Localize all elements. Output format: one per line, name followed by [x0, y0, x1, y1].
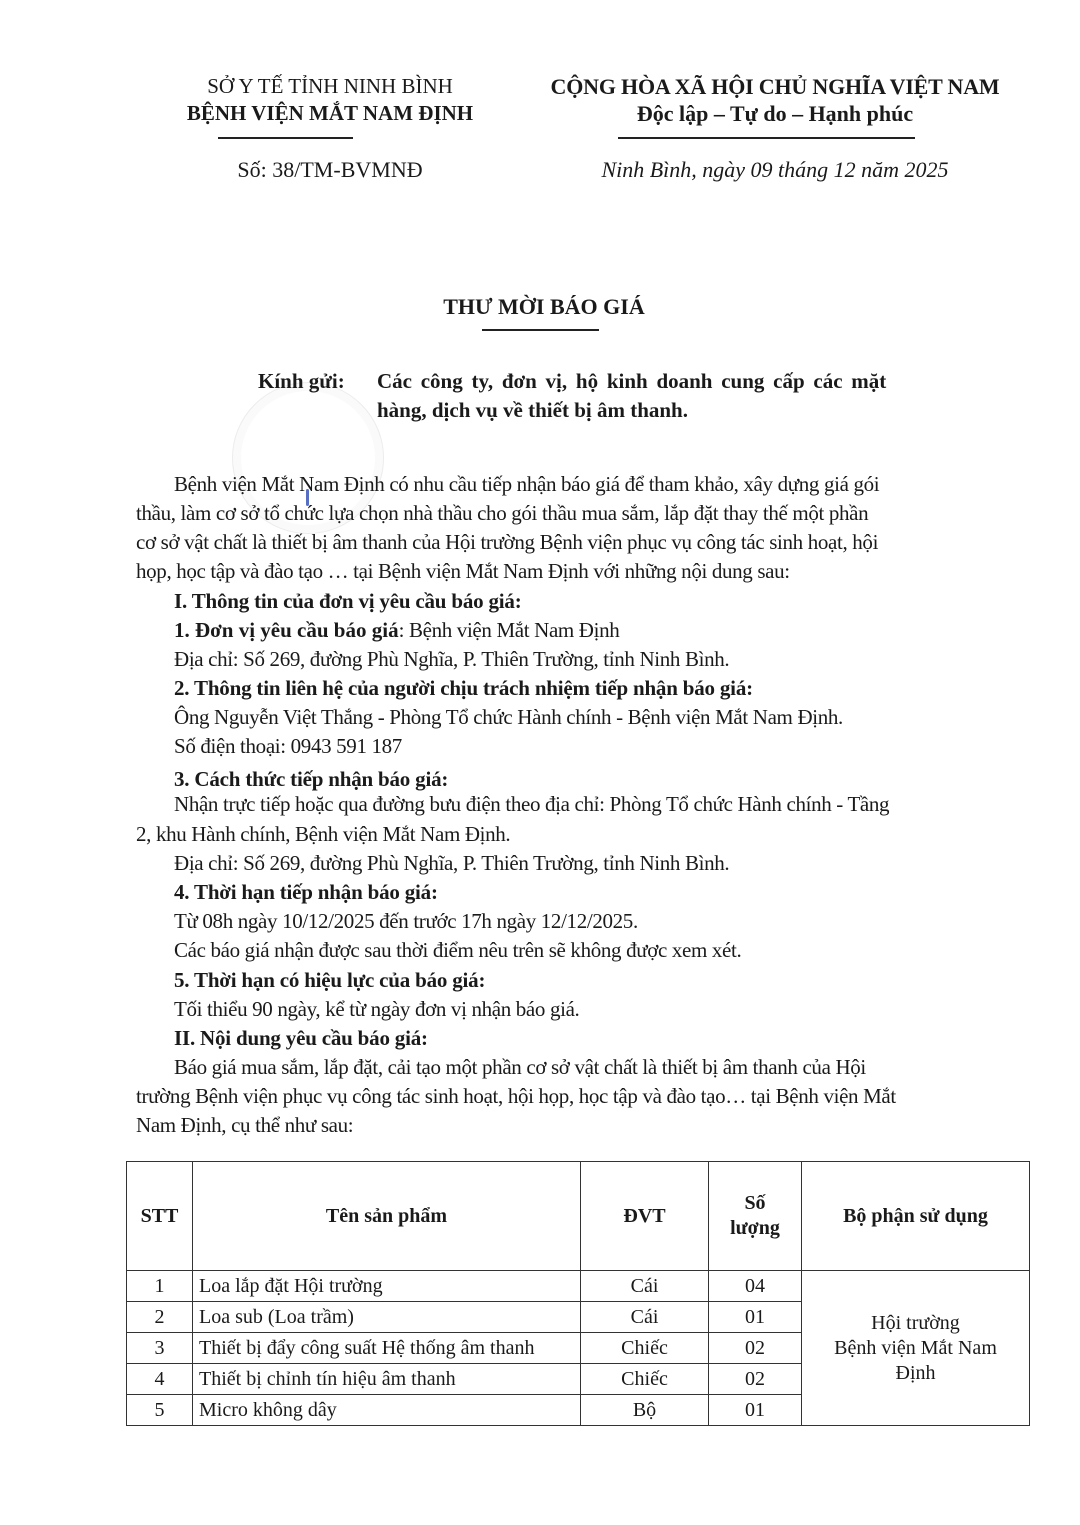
deadline-heading: 4. Thời hạn tiếp nhận báo giá: — [174, 880, 438, 905]
validity-heading: 5. Thời hạn có hiệu lực của báo giá: — [174, 968, 485, 993]
section-2-line-2: trường Bệnh viện phục vụ công tác sinh h… — [136, 1084, 896, 1109]
unit-address: Địa chỉ: Số 269, đường Phù Nghĩa, P. Thi… — [174, 647, 729, 672]
department-line-2: Bệnh viện Mắt Nam — [808, 1336, 1023, 1361]
contact-phone: Số điện thoại: 0943 591 187 — [174, 734, 402, 759]
recipient-line-1: Các công ty, đơn vị, hộ kinh doanh cung … — [377, 369, 886, 394]
table-header-row: STT Tên sản phẩm ĐVT Số lượng Bộ phận sử… — [127, 1162, 1030, 1271]
intro-line-1: Bệnh viện Mắt Nam Định có nhu cầu tiếp n… — [174, 472, 879, 497]
receipt-method-line-1: Nhận trực tiếp hoặc qua đường bưu điện t… — [174, 792, 889, 817]
header-unit: ĐVT — [581, 1162, 709, 1271]
header-quantity-line-1: Số — [715, 1191, 795, 1216]
receipt-address: Địa chỉ: Số 269, đường Phù Nghĩa, P. Thi… — [174, 851, 729, 876]
cell-department: Hội trường Bệnh viện Mắt Nam Định — [802, 1271, 1030, 1426]
section-1-heading: I. Thông tin của đơn vị yêu cầu báo giá: — [174, 589, 522, 614]
cell-unit: Bộ — [581, 1395, 709, 1426]
cell-stt: 4 — [127, 1364, 193, 1395]
header-quantity-line-2: lượng — [715, 1216, 795, 1241]
header-product-name: Tên sản phẩm — [193, 1162, 581, 1271]
cell-unit: Chiếc — [581, 1333, 709, 1364]
cell-product-name: Thiết bị đẩy công suất Hệ thống âm thanh — [193, 1333, 581, 1364]
cell-quantity: 04 — [709, 1271, 802, 1302]
cell-stt: 3 — [127, 1333, 193, 1364]
cell-unit: Cái — [581, 1302, 709, 1333]
recipient-label: Kính gửi: — [258, 369, 345, 394]
table-row: 1 Loa lắp đặt Hội trường Cái 04 Hội trườ… — [127, 1271, 1030, 1302]
cell-quantity: 02 — [709, 1333, 802, 1364]
cell-product-name: Micro không dây — [193, 1395, 581, 1426]
header-quantity: Số lượng — [709, 1162, 802, 1271]
document-number: Số: 38/TM-BVMNĐ — [130, 157, 530, 183]
country-name: CỘNG HÒA XÃ HỘI CHỦ NGHĨA VIỆT NAM — [512, 74, 1038, 100]
organization-name: BỆNH VIỆN MẮT NAM ĐỊNH — [130, 101, 530, 126]
cell-unit: Chiếc — [581, 1364, 709, 1395]
receipt-method-line-2: 2, khu Hành chính, Bệnh viện Mắt Nam Địn… — [136, 822, 510, 847]
contact-person: Ông Nguyễn Việt Thắng - Phòng Tổ chức Hà… — [174, 705, 843, 730]
cell-quantity: 02 — [709, 1364, 802, 1395]
section-2-line-3: Nam Định, cụ thể như sau: — [136, 1113, 353, 1138]
requesting-unit-value: : Bệnh viện Mắt Nam Định — [399, 618, 620, 642]
cell-stt: 5 — [127, 1395, 193, 1426]
national-motto: Độc lập – Tự do – Hạnh phúc — [512, 101, 1038, 127]
items-table: STT Tên sản phẩm ĐVT Số lượng Bộ phận sử… — [126, 1161, 1030, 1426]
receipt-method-heading: 3. Cách thức tiếp nhận báo giá: — [174, 767, 448, 792]
header-department: Bộ phận sử dụng — [802, 1162, 1030, 1271]
intro-line-3: cơ sở vật chất là thiết bị âm thanh của … — [136, 530, 878, 555]
department-line-1: Hội trường — [808, 1311, 1023, 1336]
intro-line-4: họp, học tập và đào tạo … tại Bệnh viện … — [136, 559, 790, 584]
place-and-date: Ninh Bình, ngày 09 tháng 12 năm 2025 — [512, 157, 1038, 183]
document-title: THƯ MỜI BÁO GIÁ — [0, 294, 1080, 320]
motto-underline — [618, 137, 915, 139]
organization-underline — [218, 137, 353, 139]
cell-stt: 2 — [127, 1302, 193, 1333]
section-2-line-1: Báo giá mua sắm, lắp đặt, cải tạo một ph… — [174, 1055, 866, 1080]
requesting-unit-label: 1. Đơn vị yêu cầu báo giá — [174, 618, 399, 642]
validity-text: Tối thiểu 90 ngày, kể từ ngày đơn vị nhậ… — [174, 997, 579, 1022]
header-stt: STT — [127, 1162, 193, 1271]
intro-line-2: thầu, làm cơ sở tổ chức lựa chọn nhà thầ… — [136, 501, 868, 526]
cell-unit: Cái — [581, 1271, 709, 1302]
cell-product-name: Thiết bị chỉnh tín hiệu âm thanh — [193, 1364, 581, 1395]
cell-quantity: 01 — [709, 1395, 802, 1426]
deadline-text: Từ 08h ngày 10/12/2025 đến trước 17h ngà… — [174, 909, 638, 934]
agency-name: SỞ Y TẾ TỈNH NINH BÌNH — [130, 74, 530, 99]
department-line-3: Định — [808, 1361, 1023, 1386]
recipient-line-2: hàng, dịch vụ về thiết bị âm thanh. — [377, 398, 688, 423]
cell-stt: 1 — [127, 1271, 193, 1302]
cell-product-name: Loa lắp đặt Hội trường — [193, 1271, 581, 1302]
title-underline — [482, 329, 599, 331]
cell-quantity: 01 — [709, 1302, 802, 1333]
section-2-heading: II. Nội dung yêu cầu báo giá: — [174, 1026, 428, 1051]
cell-product-name: Loa sub (Loa trầm) — [193, 1302, 581, 1333]
contact-heading: 2. Thông tin liên hệ của người chịu trác… — [174, 676, 753, 701]
requesting-unit: 1. Đơn vị yêu cầu báo giá: Bệnh viện Mắt… — [174, 618, 619, 643]
deadline-note: Các báo giá nhận được sau thời điểm nêu … — [174, 938, 741, 963]
